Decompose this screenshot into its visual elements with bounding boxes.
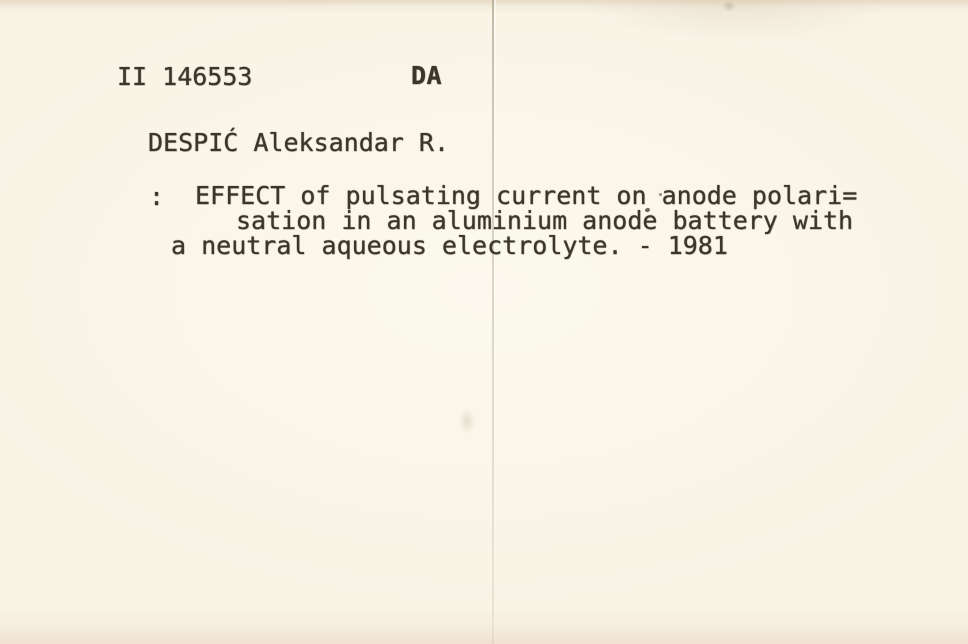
scan-smudge [722, 0, 736, 12]
title-line-2: sation in an aluminium anode battery wit… [236, 208, 853, 233]
title-separator: : [149, 184, 164, 209]
author-heading: DESPIĆ Aleksandar R. [148, 130, 449, 155]
call-number: II 146553 [117, 64, 252, 89]
shelf-mark: DA [411, 63, 442, 88]
title-line-1: EFFECT of pulsating current on anode pol… [195, 183, 857, 208]
title-line-3: a neutral aqueous electrolyte. - 1981 [171, 233, 728, 258]
scan-smudge [458, 408, 476, 434]
catalog-card: II 146553 DA DESPIĆ Aleksandar R. : EFFE… [0, 0, 968, 644]
ink-speck [659, 193, 662, 196]
card-crease-highlight [494, 0, 496, 644]
